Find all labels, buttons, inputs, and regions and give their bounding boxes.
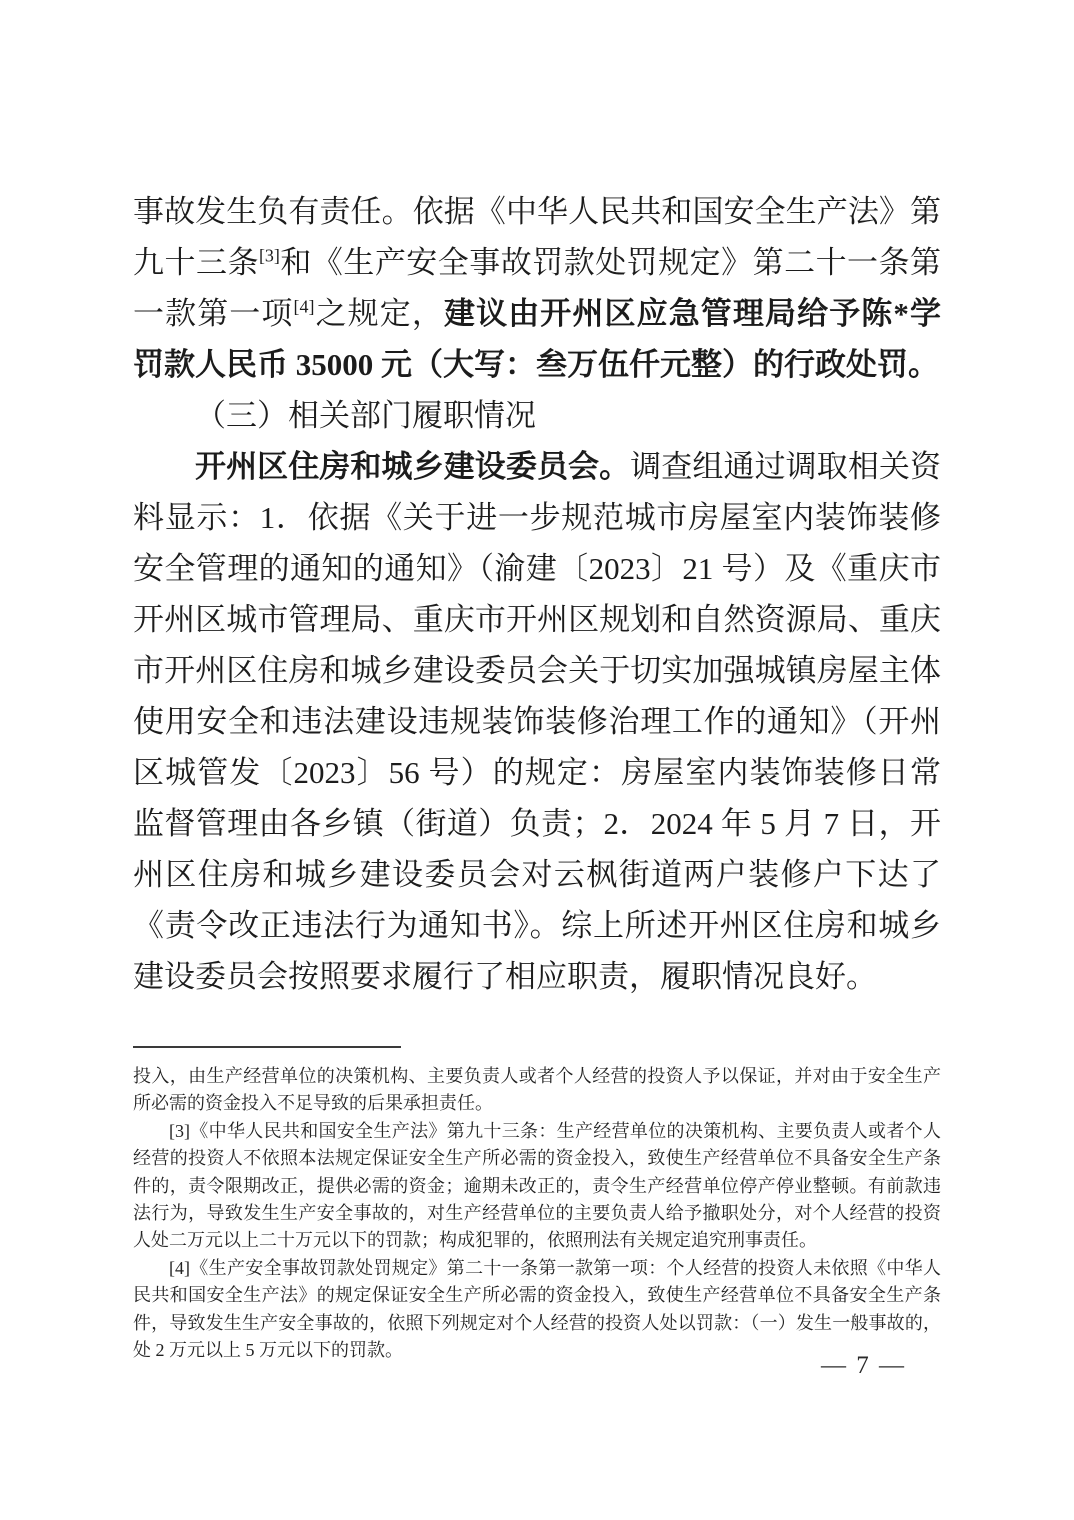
paragraph-penalty-recommendation: 事故发生负有责任。依据《中华人民共和国安全生产法》第九十三条[3]和《生产安全事… xyxy=(133,186,941,390)
section-heading: （三）相关部门履职情况 xyxy=(133,390,941,441)
paragraph-text: 之规定， xyxy=(314,296,444,331)
document-page: 事故发生负有责任。依据《中华人民共和国安全生产法》第九十三条[3]和《生产安全事… xyxy=(0,0,1074,1520)
footnote-ref-3: [3] xyxy=(259,246,280,266)
agency-name-bold: 开州区住房和城乡建设委员会。 xyxy=(195,449,630,484)
footnotes-section: 投入，由生产经营单位的决策机构、主要负责人或者个人经营的投资人予以保证，并对由于… xyxy=(133,1046,941,1364)
page-number: — 7 — xyxy=(821,1352,906,1380)
paragraph-text: 调查组通过调取相关资料显示：1．依据《关于进一步规范城市房屋室内装饰装修安全管理… xyxy=(133,449,941,994)
footnote-ref-4: [4] xyxy=(294,297,315,317)
footnote-continuation: 投入，由生产经营单位的决策机构、主要负责人或者个人经营的投资人予以保证，并对由于… xyxy=(133,1063,941,1118)
footnote-4: [4]《生产安全事故罚款处罚规定》第二十一条第一款第一项：个人经营的投资人未依照… xyxy=(133,1255,941,1365)
document-body: 事故发生负有责任。依据《中华人民共和国安全生产法》第九十三条[3]和《生产安全事… xyxy=(133,186,941,1002)
footnote-3: [3]《中华人民共和国安全生产法》第九十三条：生产经营单位的决策机构、主要负责人… xyxy=(133,1118,941,1255)
footnote-separator-rule xyxy=(133,1046,401,1048)
paragraph-department-duty: 开州区住房和城乡建设委员会。调查组通过调取相关资料显示：1．依据《关于进一步规范… xyxy=(133,441,941,1002)
